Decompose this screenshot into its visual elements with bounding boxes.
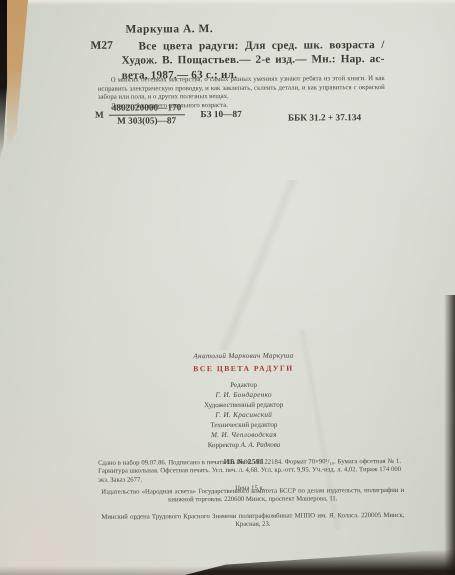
author-full-name: Анатолий Маркович Маркуша (100, 351, 386, 361)
catalog-code-row: М 4802020000—170 М 303(05)—87 БЗ 10—87 (95, 103, 242, 127)
corrector-line: Корректор А. А. Радкова (101, 440, 387, 450)
catalog-denominator: М 303(05)—87 (109, 114, 185, 126)
bbk-code: ББК 31.2 + 37.134 (288, 113, 361, 123)
catalog-numerator: 4802020000—170 (109, 103, 185, 114)
imprint-text: Сдано в набор 09.07.86. Подписано в печа… (98, 458, 401, 485)
role-technical-editor: Технический редактор (101, 420, 387, 430)
catalog-prefix: М (95, 110, 104, 120)
role-editor: Редактор (101, 380, 387, 390)
credits-block: Анатолий Маркович Маркуша ВСЕ ЦВЕТА РАДУ… (100, 351, 387, 467)
corrector-role: Корректор (208, 441, 239, 449)
role-art-editor: Художественный редактор (101, 400, 387, 410)
classification-index: М27 (90, 40, 112, 52)
catalog-fraction: 4802020000—170 М 303(05)—87 (109, 103, 185, 126)
editor-name: Г. И. Бондаренко (101, 390, 387, 400)
photo-right-shadow (444, 295, 455, 575)
book-colophon-page-photo: Маркуша А. М. М27 Все цвета радуги: Для … (0, 0, 455, 575)
publisher-block: Издательство «Народная асвета» Государст… (101, 487, 404, 505)
author-heading: Маркуша А. М. (125, 23, 213, 36)
book-title: ВСЕ ЦВЕТА РАДУГИ (100, 363, 386, 374)
annotation-text: О многих оттенках мастерства, о самых ра… (98, 75, 385, 103)
printer-block: Минский ордена Трудового Красного Знамен… (101, 512, 404, 530)
corrector-name: А. А. Радкова (241, 441, 281, 449)
bz-code: БЗ 10—87 (200, 109, 241, 119)
art-editor-name: Г. И. Красинский (101, 410, 387, 420)
technical-editor-name: М. И. Чепловодская (101, 430, 387, 440)
page-content: Маркуша А. М. М27 Все цвета радуги: Для … (0, 0, 455, 575)
